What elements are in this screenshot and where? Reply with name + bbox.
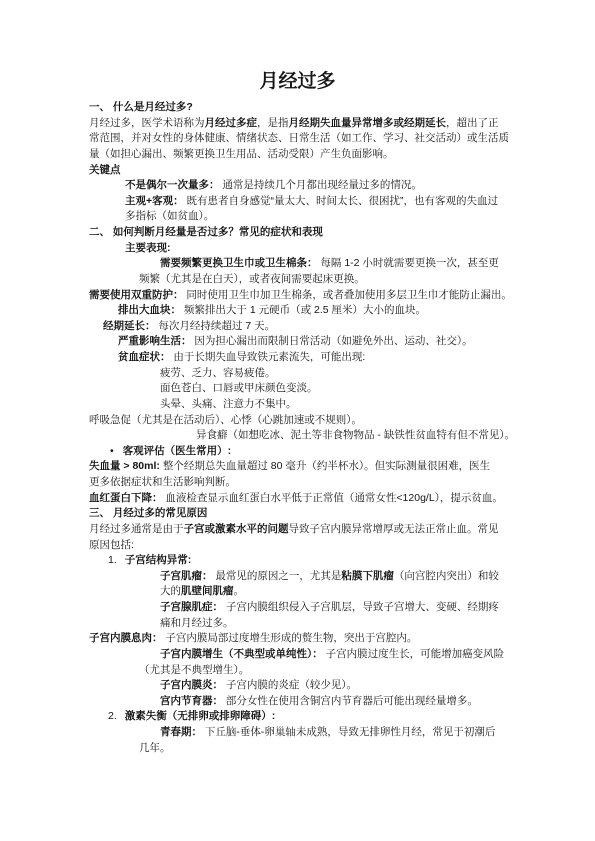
doc-line: 关键点: [89, 163, 595, 179]
document-body: 一、 什么是月经过多?月经过多，医学术语称为月经过多症，是指月经期失血量异常增多…: [0, 100, 595, 756]
doc-line: 子宫内膜息肉： 子宫内膜局部过度增生形成的赘生物，突出于宫腔内。: [89, 631, 595, 647]
text-run: 子宫内膜的炎症（较少见）。: [223, 679, 357, 691]
doc-line: 疲劳、乏力、容易疲倦。: [160, 366, 595, 382]
text-run: 头晕、头痛、注意力不集中。: [160, 398, 297, 410]
text-run-bold: 主要表现:: [125, 242, 171, 254]
text-run-bold: 宫内节育器：: [160, 695, 223, 707]
text-run-bold: 子宫内膜增生（不典型或单纯性）：: [160, 648, 323, 660]
text-run: 痛和月经过多。: [160, 617, 234, 629]
text-run-bold: 子宫腺肌症：: [160, 601, 223, 613]
text-run: 原因包括:: [89, 539, 134, 551]
document-title: 月经过多: [0, 70, 595, 94]
doc-line: 排出大血块： 频繁排出大于 1 元硬币（或 2.5 厘米）大小的血块。: [118, 303, 595, 319]
text-run-bold: 粘膜下肌瘤: [341, 570, 394, 582]
text-run-bold: 严重影响生活：: [118, 335, 192, 347]
text-run-bold: 肌壁间肌瘤: [181, 585, 234, 597]
text-run: 子宫内膜局部过度增生形成的赘生物，突出于宫腔内。: [163, 632, 418, 644]
doc-line: 更多依据症状和生活影响判断。: [89, 475, 595, 491]
text-run: 2.: [108, 710, 117, 722]
text-run-bold: 激素失衡（无排卵或排卵障碍）:: [125, 710, 276, 722]
text-run: 因为担心漏出而限制日常活动（如避免外出、运动、社交）。: [192, 335, 473, 347]
doc-line: 异食癖（如想吃冰、泥土等非食物物品 - 缺铁性贫血特有但不常见）。: [196, 428, 595, 444]
doc-line: 常范围，并对女性的身体健康、情绪状态、日常生活（如工作、学习、社交活动）或生活质: [89, 131, 595, 147]
doc-line: （尤其是不典型增生）。: [139, 663, 595, 679]
text-run: 既有患者自身感觉“量太大、时间太长、很困扰”，也有客观的失血过: [184, 195, 498, 207]
text-run: 下丘脑-垂体-卵巢轴未成熟，导致无排卵性月经，常见于初潮后: [202, 726, 495, 738]
text-run-bold: 子宫肌瘤：: [160, 570, 213, 582]
text-run: 导致子宫内膜异常增厚或无法正常止血。常见: [289, 523, 499, 535]
text-run: 月经过多通常是由于: [89, 523, 184, 535]
text-run: 面色苍白、口唇或甲床颜色变淡。: [160, 382, 318, 394]
text-run: 通常是持续几个月都出现经量过多的情况。: [220, 179, 422, 191]
text-run-bold: 主观+客观：: [125, 195, 184, 207]
text-run-bold: 三、 月经过多的常见原因: [89, 507, 207, 519]
text-run: 疲劳、乏力、容易疲倦。: [160, 367, 276, 379]
text-run: 整个经期总失血量超过 80 毫升（约半杯水）。但实际测量很困难，医生: [160, 460, 490, 472]
text-run-bold: 月经过多症: [205, 117, 258, 129]
doc-line: 经期延长： 每次月经持续超过 7 天。: [103, 319, 595, 335]
text-run: ，超出了正: [446, 117, 499, 129]
text-run: 部分女性在使用含铜宫内节育器后可能出现经量增多。: [223, 695, 478, 707]
doc-line: 面色苍白、口唇或甲床颜色变淡。: [160, 381, 595, 397]
doc-line: 呼吸急促（尤其是在活动后）、心悸（心跳加速或不规则）。: [89, 413, 595, 429]
doc-line: 大的肌壁间肌瘤。: [160, 584, 595, 600]
doc-line: 子宫内膜增生（不典型或单纯性）： 子宫内膜过度生长，可能增加癌变风险: [160, 647, 595, 663]
text-run-bold: 需要频繁更换卫生巾或卫生棉条：: [160, 257, 318, 269]
text-run: 更多依据症状和生活影响判断。: [89, 476, 236, 488]
text-run-bold: 子宫结构异常:: [125, 554, 192, 566]
doc-line: 需要使用双重防护： 同时使用卫生巾加卫生棉条，或者叠加使用多层卫生巾才能防止漏出…: [89, 288, 595, 304]
text-run: 多指标（如贫血）。: [125, 210, 214, 222]
doc-line: 子宫腺肌症： 子宫内膜组织侵入子宫肌层，导致子宫增大、变硬、经期疼: [160, 600, 595, 616]
doc-line: 失血量 > 80ml: 整个经期总失血量超过 80 毫升（约半杯水）。但实际测量…: [89, 459, 595, 475]
text-run: 同时使用卫生巾加卫生棉条，或者叠加使用多层卫生巾才能防止漏出。: [184, 289, 512, 301]
text-run: 频繁排出大于 1 元硬币（或 2.5 厘米）大小的血块。: [181, 304, 426, 316]
text-run: （向宫腔内突出）和较: [394, 570, 499, 582]
text-run-bold: 不是偶尔一次量多：: [125, 179, 220, 191]
text-run: （尤其是不典型增生）。: [139, 664, 249, 676]
text-run: 量（如担心漏出、频繁更换卫生用品、活动受限）产生负面影响。: [89, 148, 394, 160]
text-run: 1.: [108, 554, 117, 566]
text-run: 每次月经持续超过 7 天。: [156, 320, 276, 332]
doc-line: 量（如担心漏出、频繁更换卫生用品、活动受限）产生负面影响。: [89, 147, 595, 163]
text-run: 几年。: [139, 742, 171, 754]
doc-line: 主要表现:: [125, 241, 595, 257]
doc-line: 三、 月经过多的常见原因: [89, 506, 595, 522]
doc-line: 子宫内膜炎： 子宫内膜的炎症（较少见）。: [160, 678, 595, 694]
text-run: 。: [234, 585, 245, 597]
text-run-bold: 二、 如何判断月经量是否过多？常见的症状和表现: [89, 226, 323, 238]
text-run-bold: 青春期：: [160, 726, 202, 738]
text-run-bold: 关键点: [89, 164, 121, 176]
text-run-bold: 贫血症状：: [118, 351, 171, 363]
doc-line: 二、 如何判断月经量是否过多？常见的症状和表现: [89, 225, 595, 241]
doc-line: 子宫肌瘤： 最常见的原因之一，尤其是粘膜下肌瘤（向宫腔内突出）和较: [160, 569, 595, 585]
text-run-bold: 经期延长：: [103, 320, 156, 332]
doc-line: 2.激素失衡（无排卵或排卵障碍）:: [108, 709, 595, 725]
text-run: 子宫内膜过度生长，可能增加癌变风险: [323, 648, 504, 660]
text-run-bold: 子宫内膜息肉：: [89, 632, 163, 644]
text-run-bold: 失血量 > 80ml:: [89, 460, 160, 472]
doc-line: •客观评估（医生常用）:: [110, 444, 595, 460]
doc-line: 头晕、头痛、注意力不集中。: [160, 397, 595, 413]
text-run: 每隔 1-2 小时就需要更换一次，甚至更: [318, 257, 499, 269]
text-run-bold: 排出大血块：: [118, 304, 181, 316]
doc-line: 严重影响生活： 因为担心漏出而限制日常活动（如避免外出、运动、社交）。: [118, 334, 595, 350]
doc-line: 几年。: [139, 741, 595, 757]
doc-line: 贫血症状： 由于长期失血导致铁元素流失，可能出现:: [118, 350, 595, 366]
doc-line: 血红蛋白下降： 血液检查显示血红蛋白水平低于正常值（通常女性<120g/L），提…: [89, 491, 595, 507]
text-run-bold: 子宫内膜炎：: [160, 679, 223, 691]
doc-line: 不是偶尔一次量多： 通常是持续几个月都出现经量过多的情况。: [125, 178, 595, 194]
text-run: 子宫内膜组织侵入子宫肌层，导致子宫增大、变硬、经期疼: [223, 601, 499, 613]
text-run-bold: 月经期失血量异常增多或经期延长: [289, 117, 447, 129]
text-run: 呼吸急促（尤其是在活动后）、心悸（心跳加速或不规则）。: [89, 414, 362, 426]
text-run: 大的: [160, 585, 181, 597]
text-run: 频繁（尤其是在白天），或者夜间需要起床更换。: [139, 273, 365, 285]
text-run: 月经过多，医学术语称为: [89, 117, 205, 129]
text-run-bold: 客观评估（医生常用）:: [123, 445, 232, 457]
text-run: ，是指: [257, 117, 289, 129]
text-run-bold: 子宫或激素水平的问题: [184, 523, 289, 535]
text-run: 常范围，并对女性的身体健康、情绪状态、日常生活（如工作、学习、社交活动）或生活质: [89, 132, 509, 144]
text-run-bold: 需要使用双重防护：: [89, 289, 184, 301]
doc-line: 1.子宫结构异常:: [108, 553, 595, 569]
text-run: 血液检查显示血红蛋白水平低于正常值（通常女性<120g/L），提示贫血。: [163, 492, 503, 504]
doc-line: 宫内节育器： 部分女性在使用含铜宫内节育器后可能出现经量增多。: [160, 694, 595, 710]
document-page: 月经过多 一、 什么是月经过多?月经过多，医学术语称为月经过多症，是指月经期失血…: [0, 0, 595, 841]
doc-line: 月经过多，医学术语称为月经过多症，是指月经期失血量异常增多或经期延长，超出了正: [89, 116, 595, 132]
doc-line: 月经过多通常是由于子宫或激素水平的问题导致子宫内膜异常增厚或无法正常止血。常见: [89, 522, 595, 538]
doc-line: 需要频繁更换卫生巾或卫生棉条： 每隔 1-2 小时就需要更换一次，甚至更: [160, 256, 595, 272]
doc-line: 一、 什么是月经过多?: [89, 100, 595, 116]
text-run-bold: 一、 什么是月经过多?: [89, 101, 193, 113]
text-run-bold: 血红蛋白下降：: [89, 492, 163, 504]
doc-line: 原因包括:: [89, 538, 595, 554]
doc-line: 多指标（如贫血）。: [125, 209, 595, 225]
doc-line: 频繁（尤其是在白天），或者夜间需要起床更换。: [139, 272, 595, 288]
doc-line: 痛和月经过多。: [160, 616, 595, 632]
doc-line: 主观+客观： 既有患者自身感觉“量太大、时间太长、很困扰”，也有客观的失血过: [125, 194, 595, 210]
doc-line: 青春期： 下丘脑-垂体-卵巢轴未成熟，导致无排卵性月经，常见于初潮后: [160, 725, 595, 741]
text-run: 由于长期失血导致铁元素流失，可能出现:: [171, 351, 366, 363]
text-run: 异食癖（如想吃冰、泥土等非食物物品 - 缺铁性贫血特有但不常见）。: [196, 429, 515, 441]
text-run: 最常见的原因之一，尤其是: [213, 570, 342, 582]
text-run: •: [110, 445, 114, 457]
